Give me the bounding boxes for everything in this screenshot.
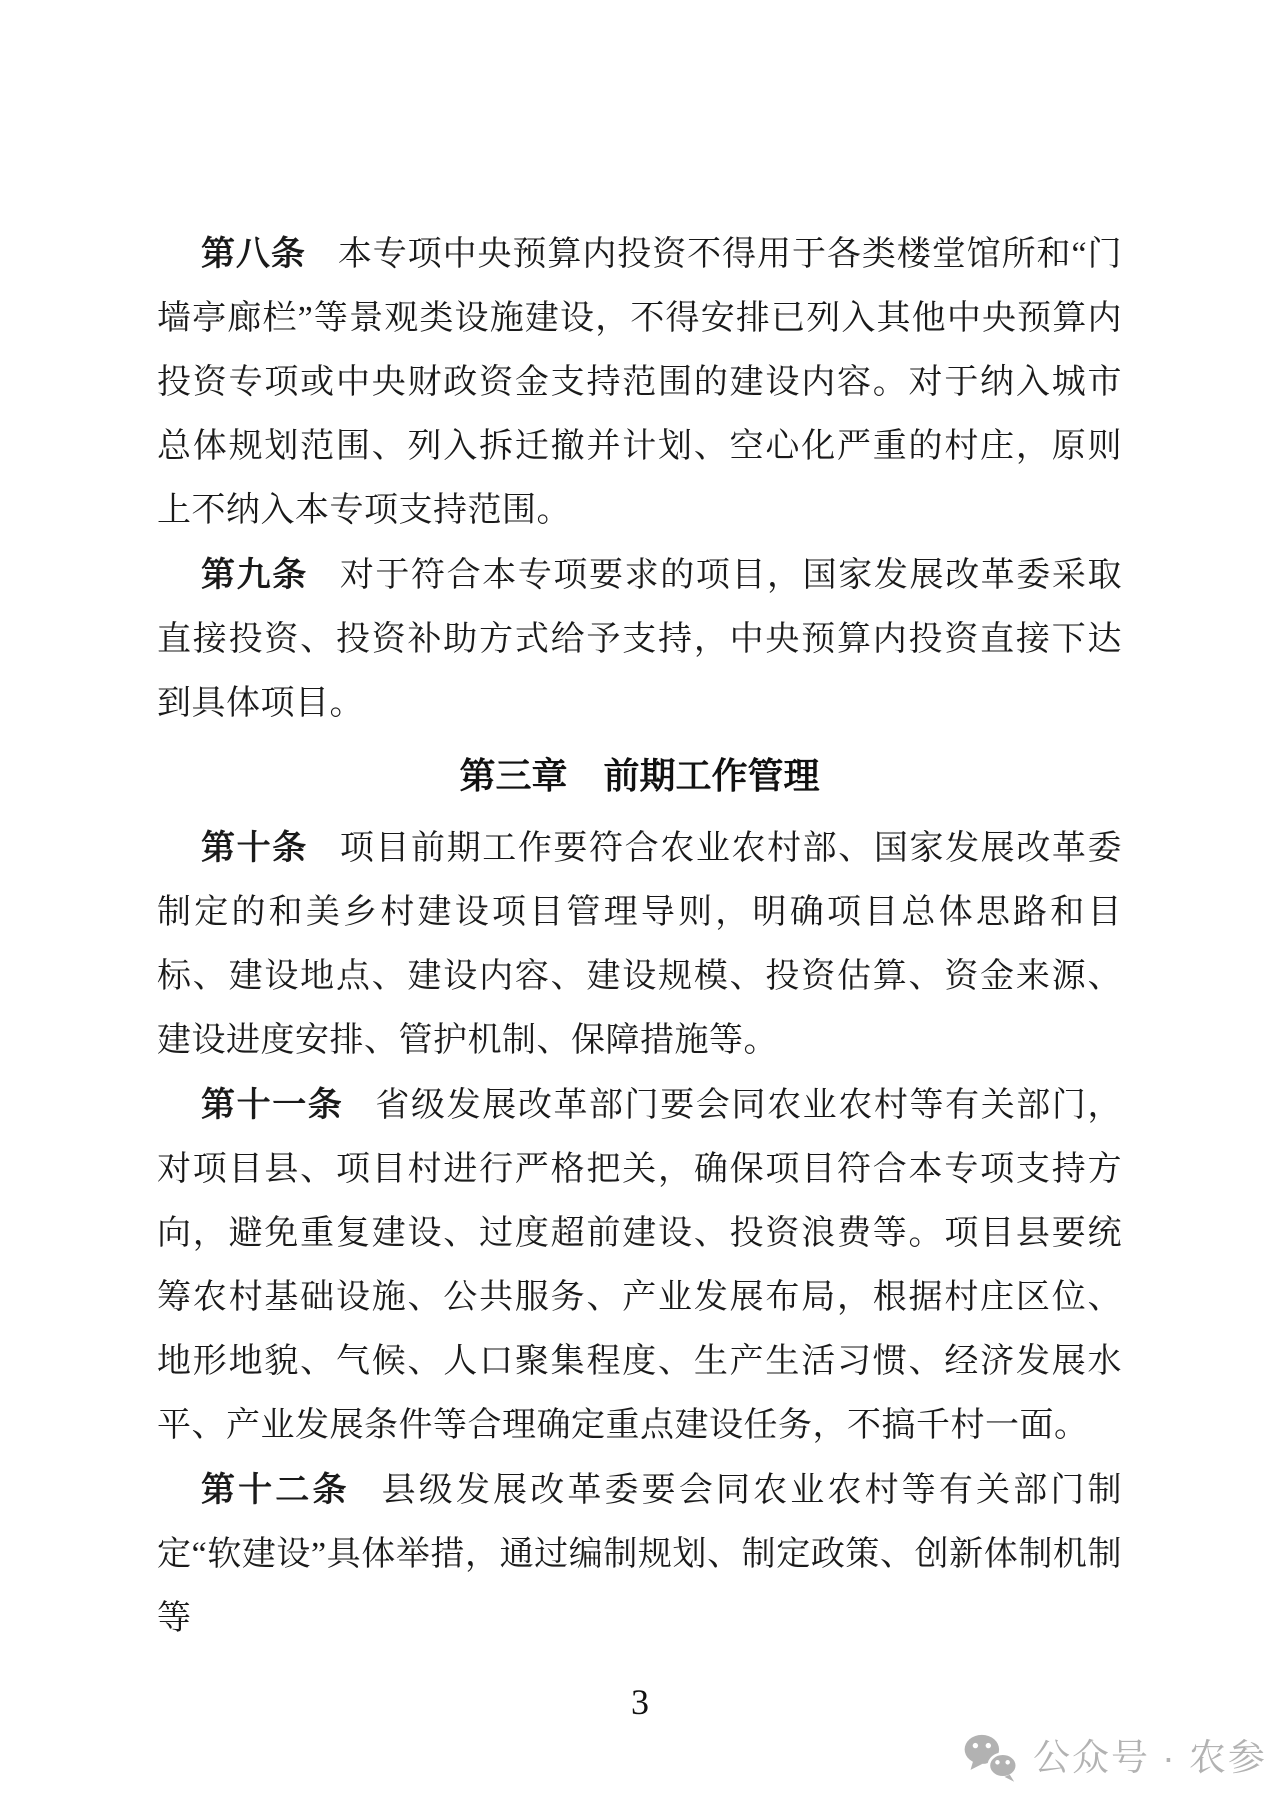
article-paragraph: 第十一条省级发展改革部门要会同农业农村等有关部门，对项目县、项目村进行严格把关，…: [157, 1073, 1122, 1458]
article-label: 第八条: [201, 235, 306, 273]
article-label: 第十条: [201, 829, 308, 867]
article-label: 第十一条: [201, 1086, 343, 1124]
page-number: 3: [0, 1682, 1280, 1722]
document-body: 第八条本专项中央预算内投资不得用于各类楼堂馆所和“门墙亭廊栏”等景观类设施建设，…: [157, 222, 1122, 1651]
article-text: 本专项中央预算内投资不得用于各类楼堂馆所和“门墙亭廊栏”等景观类设施建设，不得安…: [157, 236, 1122, 529]
watermark-text: 公众号 · 农参: [1033, 1732, 1267, 1784]
article-label: 第十二条: [201, 1471, 350, 1509]
article-label: 第九条: [201, 556, 308, 594]
article-paragraph: 第十条项目前期工作要符合农业农村部、国家发展改革委制定的和美乡村建设项目管理导则…: [157, 816, 1122, 1073]
article-text: 省级发展改革部门要会同农业农村等有关部门，对项目县、项目村进行严格把关，确保项目…: [157, 1087, 1122, 1444]
article-paragraph: 第九条对于符合本专项要求的项目，国家发展改革委采取直接投资、投资补助方式给予支持…: [157, 543, 1122, 736]
chapter-heading: 第三章前期工作管理: [157, 744, 1122, 808]
watermark: 公众号 · 农参: [963, 1732, 1267, 1784]
document-page: 第八条本专项中央预算内投资不得用于各类楼堂馆所和“门墙亭廊栏”等景观类设施建设，…: [0, 0, 1280, 1810]
chapter-label: 第三章: [459, 755, 567, 796]
article-paragraph: 第十二条县级发展改革委要会同农业农村等有关部门制定“软建设”具体举措，通过编制规…: [157, 1458, 1122, 1651]
wechat-icon: [963, 1733, 1019, 1783]
article-paragraph: 第八条本专项中央预算内投资不得用于各类楼堂馆所和“门墙亭廊栏”等景观类设施建设，…: [157, 222, 1122, 543]
chapter-title: 前期工作管理: [604, 755, 820, 796]
